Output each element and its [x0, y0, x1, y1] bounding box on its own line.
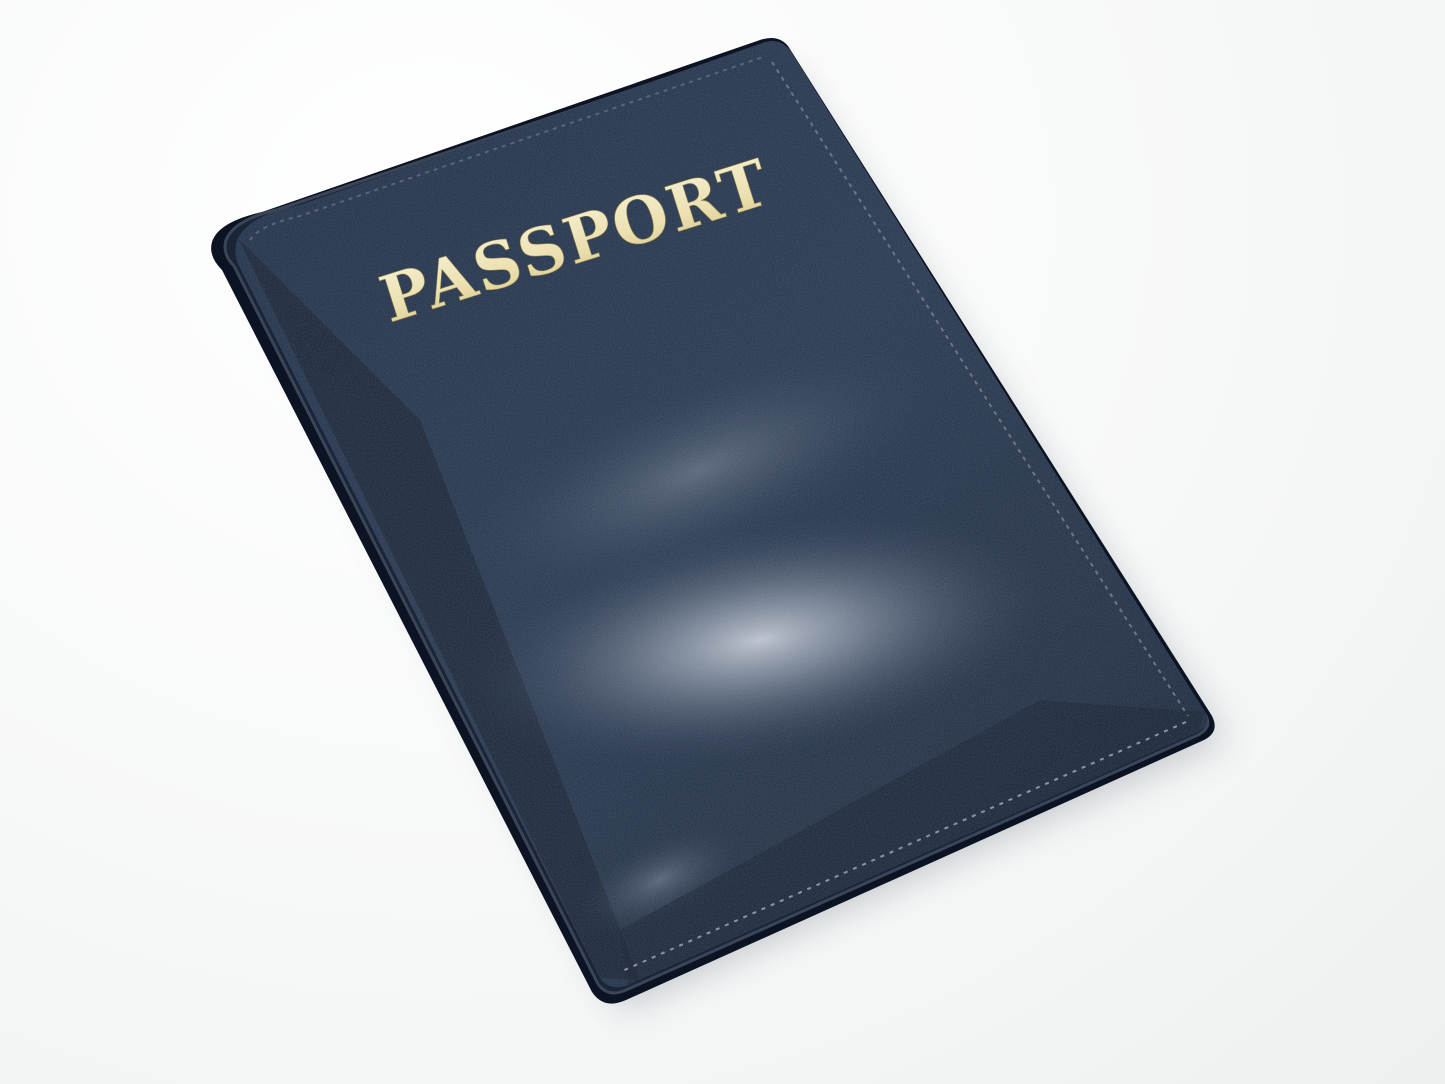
photo-background: PASSPORT	[0, 0, 1445, 1084]
passport-cover-illustration: PASSPORT	[0, 0, 1445, 1084]
